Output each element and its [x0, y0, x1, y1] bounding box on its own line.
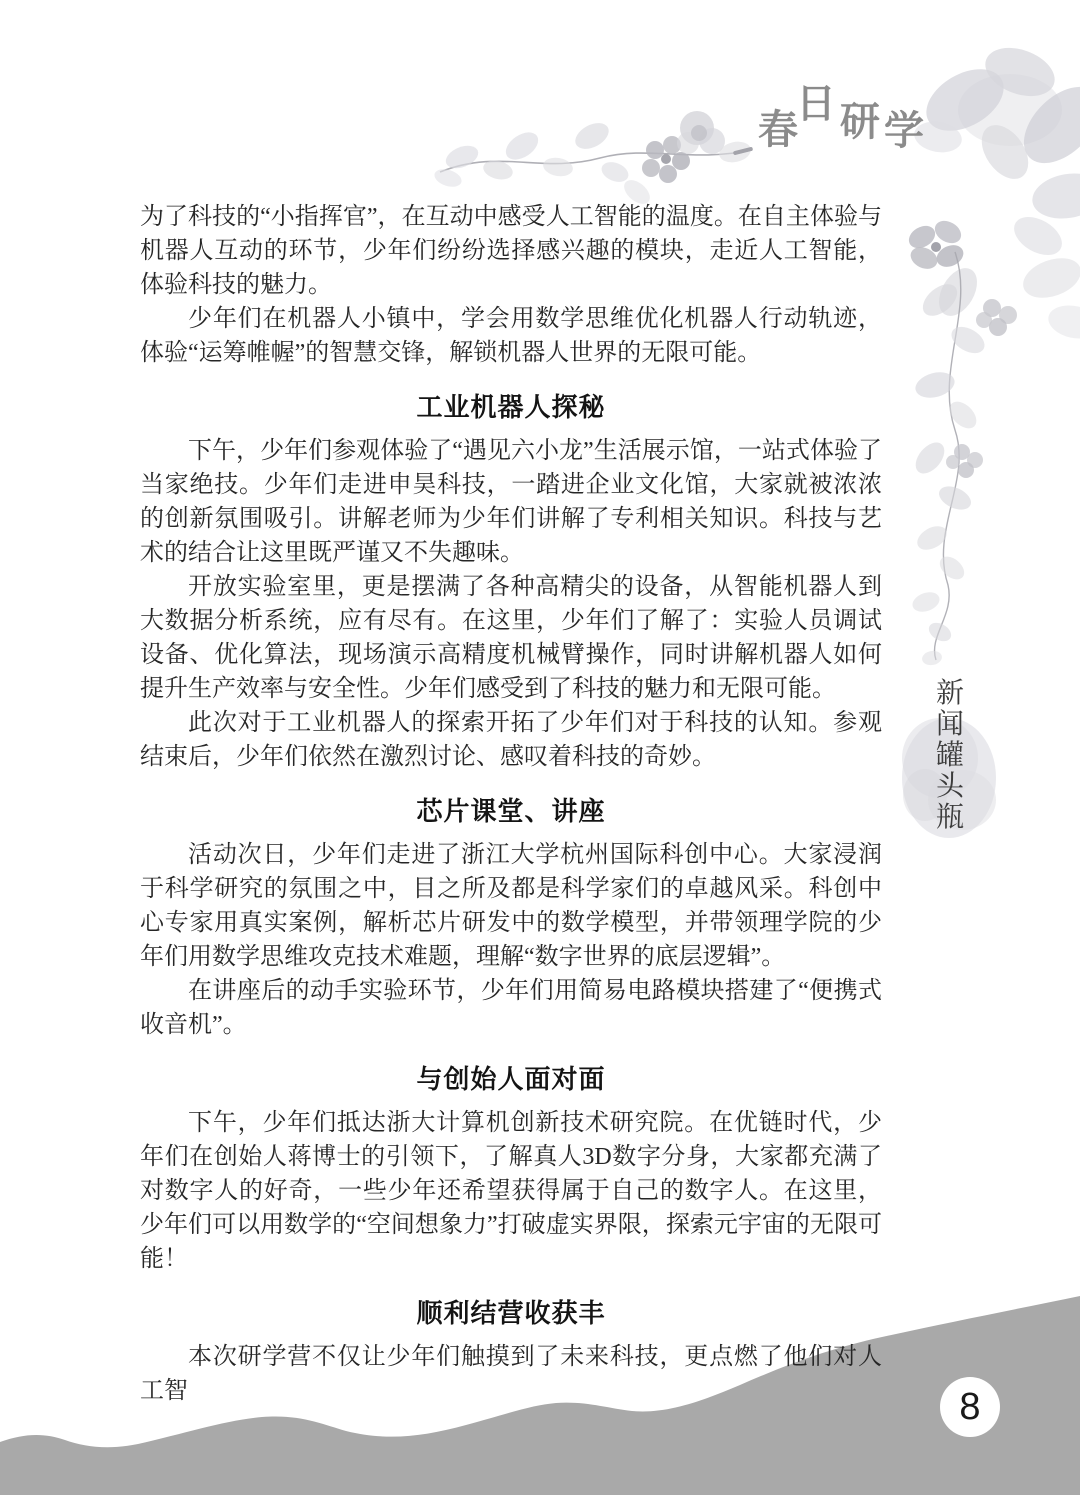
section-heading-industrial-robots: 工业机器人探秘	[140, 390, 882, 424]
title-char: 日	[796, 84, 836, 124]
paragraph: 为了科技的“小指挥官”，在互动中感受人工智能的温度。在自主体验与机器人互动的环节…	[140, 200, 882, 302]
paragraph: 下午，少年们参观体验了“遇见六小龙”生活展示馆，一站式体验了当家绝技。少年们走进…	[140, 434, 882, 570]
paragraph: 下午，少年们抵达浙大计算机创新技术研究院。在优链时代，少年们在创始人蒋博士的引领…	[140, 1106, 882, 1276]
title-char: 春	[758, 110, 798, 150]
page-number: 8	[959, 1386, 980, 1429]
article-body: 为了科技的“小指挥官”，在互动中感受人工智能的温度。在自主体验与机器人互动的环节…	[140, 200, 882, 1408]
blossom-corner	[905, 216, 967, 273]
blossom-vine	[946, 444, 983, 478]
column-label-char: 头	[936, 771, 964, 800]
paragraph: 少年们在机器人小镇中，学会用数学思维优化机器人行动轨迹，体验“运筹帷幄”的智慧交…	[140, 302, 882, 370]
magazine-page: 春 日 研 学 为了科技的“小指挥官”，在互动中感受人工智能的温度。在自主体验与…	[0, 0, 1080, 1495]
blossom-mid	[976, 299, 1017, 336]
title-char: 研	[840, 102, 880, 142]
paragraph: 在讲座后的动手实验环节，少年们用简易电路模块搭建了“便携式收音机”。	[140, 974, 882, 1042]
column-label-char: 闻	[936, 709, 964, 738]
paragraph: 本次研学营不仅让少年们触摸到了未来科技，更点燃了他们对人工智	[140, 1340, 882, 1408]
column-label-news-can: 新 闻 罐 头 瓶	[932, 678, 968, 831]
hanging-vine	[910, 252, 989, 667]
masthead-title: 春 日 研 学	[0, 0, 1080, 220]
title-char: 学	[884, 111, 924, 151]
column-label-char: 新	[936, 678, 964, 707]
section-heading-founder: 与创始人面对面	[140, 1062, 882, 1096]
column-label-char: 罐	[936, 740, 964, 769]
paragraph: 开放实验室里，更是摆满了各种高精尖的设备，从智能机器人到大数据分析系统，应有尽有…	[140, 570, 882, 706]
paragraph: 活动次日，少年们走进了浙江大学杭州国际科创中心。大家浸润于科学研究的氛围之中，目…	[140, 838, 882, 974]
section-heading-chip-lecture: 芯片课堂、讲座	[140, 794, 882, 828]
page-number-badge: 8	[940, 1377, 1000, 1437]
column-label-char: 瓶	[936, 802, 964, 831]
section-heading-closing: 顺利结营收获丰	[140, 1296, 882, 1330]
paragraph: 此次对于工业机器人的探索开拓了少年们对于科技的认知。参观结束后，少年们依然在激烈…	[140, 706, 882, 774]
